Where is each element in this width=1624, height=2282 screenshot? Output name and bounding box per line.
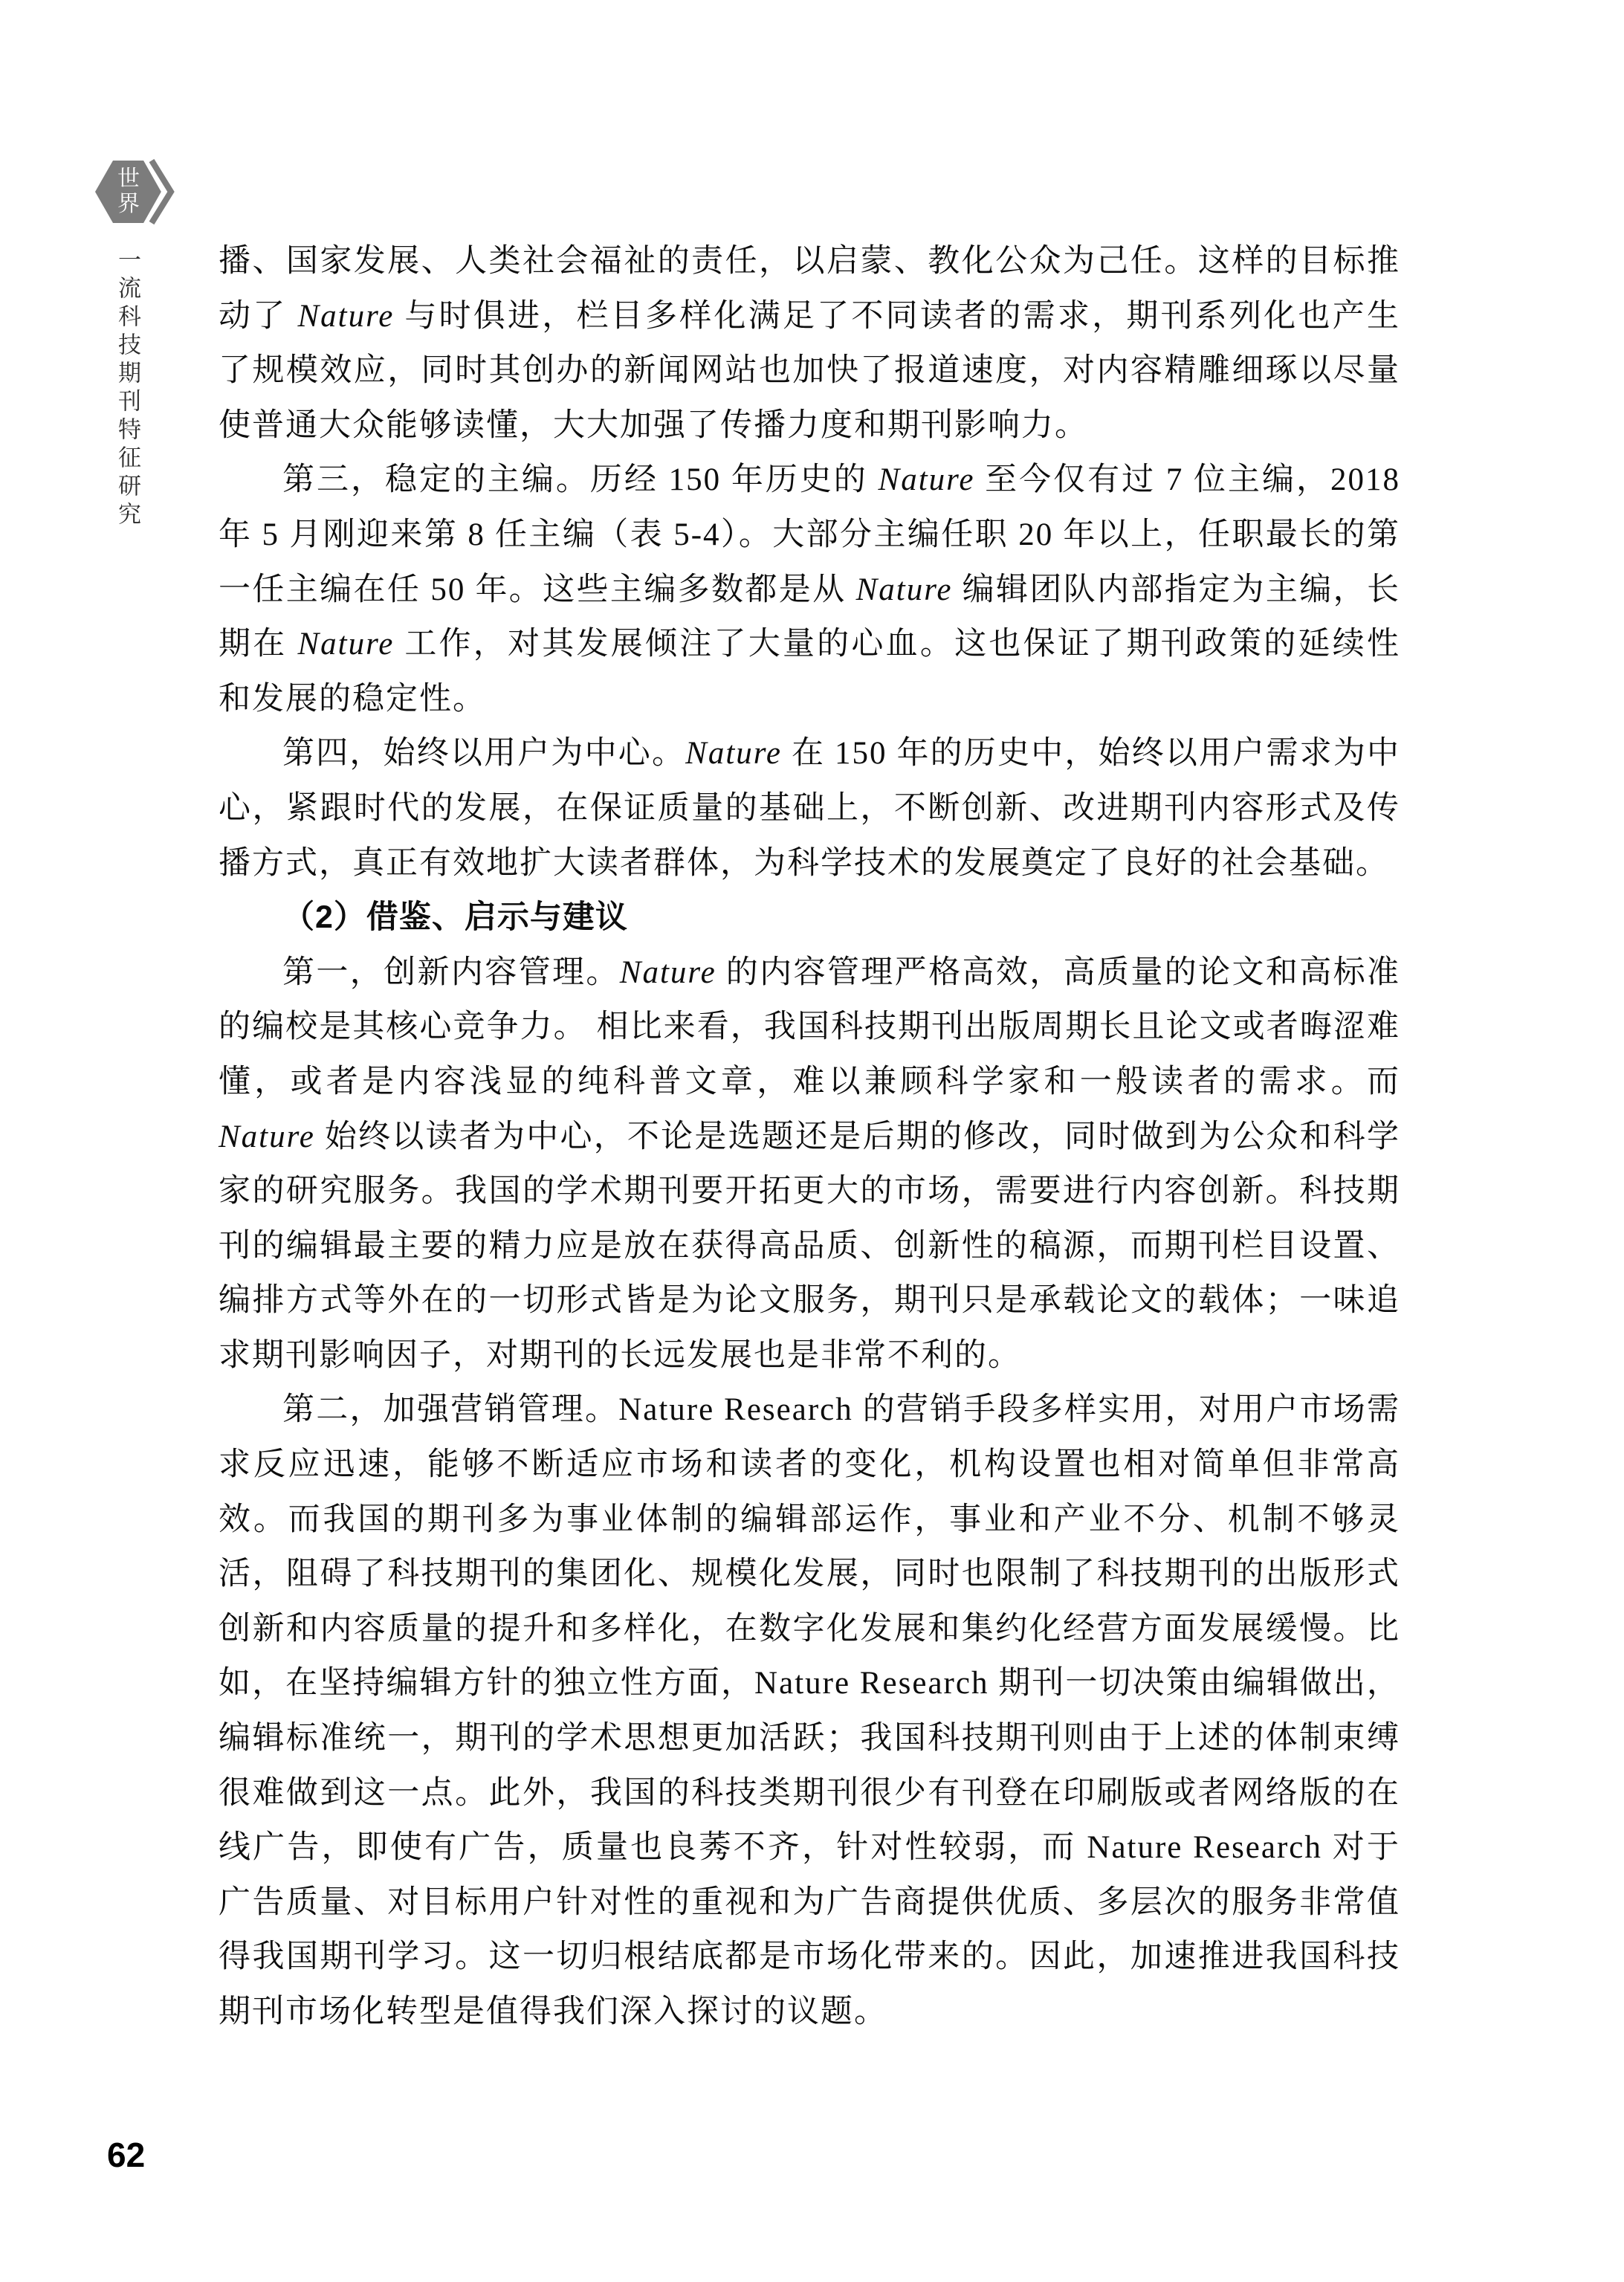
page-number: 62 <box>107 2135 145 2175</box>
text-run: 第二，加强营销管理。Nature Research 的营销手段多样实用，对用户市… <box>219 1392 1400 2029</box>
text-run: 第四，始终以用户为中心。 <box>282 736 685 771</box>
section-heading: （2）借鉴、启示与建议 <box>219 891 1400 946</box>
text-run: 第三，稳定的主编。历经 150 年历史的 <box>282 462 879 497</box>
journal-title-italic: Nature <box>620 955 716 990</box>
book-page: { "page": { "number": "62" }, "sidebar":… <box>0 0 1624 2282</box>
paragraph: 播、国家发展、人类社会福祉的责任，以启蒙、教化公众为己任。这样的目标推动了 Na… <box>219 234 1400 453</box>
paragraph: 第四，始终以用户为中心。Nature 在 150 年的历史中，始终以用户需求为中… <box>219 726 1400 891</box>
journal-title-italic: Nature <box>879 462 975 497</box>
badge-char-2: 界 <box>117 193 140 216</box>
journal-title-italic: Nature <box>685 736 782 771</box>
journal-title-italic: Nature <box>297 627 394 662</box>
badge-label: 世 界 <box>94 156 164 227</box>
journal-title-italic: Nature <box>219 1119 315 1154</box>
text-run: 工作，对其发展倾注了大量的心血。这也保证了期刊政策的延续性和发展的稳定性。 <box>219 627 1400 717</box>
paragraph: 第一，创新内容管理。Nature 的内容管理严格高效，高质量的论文和高标准的编校… <box>219 946 1400 1383</box>
paragraph: 第三，稳定的主编。历经 150 年历史的 Nature 至今仅有过 7 位主编，… <box>219 453 1400 726</box>
world-hexagon-badge: 世 界 <box>94 156 181 227</box>
journal-title-italic: Nature <box>297 299 394 334</box>
text-run: 与时俱进，栏目多样化满足了不同读者的需求，期刊系列化也产生了规模效应，同时其创办… <box>219 299 1400 443</box>
text-run: 始终以读者为中心，不论是选题还是后期的修改，同时做到为公众和科学家的研究服务。我… <box>219 1119 1400 1373</box>
text-run: 第一，创新内容管理。 <box>282 955 620 990</box>
paragraph: 第二，加强营销管理。Nature Research 的营销手段多样实用，对用户市… <box>219 1383 1400 2039</box>
sidebar-vertical-title: 一流科技期刊特征研究 <box>111 248 144 530</box>
text-run: （2）借鉴、启示与建议 <box>282 899 628 935</box>
journal-title-italic: Nature <box>856 572 953 607</box>
body-text: 播、国家发展、人类社会福祉的责任，以启蒙、教化公众为己任。这样的目标推动了 Na… <box>219 234 1400 2040</box>
badge-char-1: 世 <box>117 167 140 191</box>
